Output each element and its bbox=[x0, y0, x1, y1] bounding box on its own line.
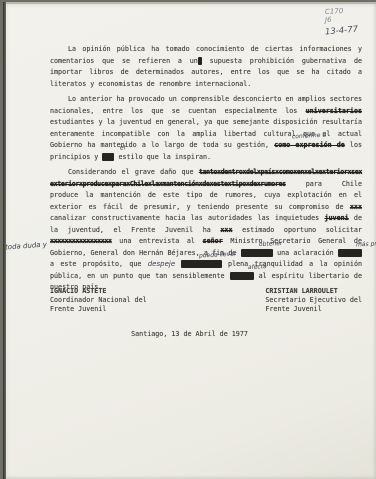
handwritten-afecta: afecta bbox=[229, 264, 266, 272]
p2-correction-conforme: conforme acomo expresión de bbox=[274, 141, 345, 149]
p2-text-4: estilo que la inspiran. bbox=[114, 153, 211, 161]
p3-struck-line-3: xxxxxxxxxxxxxxxxx bbox=[50, 237, 112, 245]
p3-correction-obtener: obtenerxxxxxxxx bbox=[241, 249, 273, 257]
p3-blackout-c: xxxxxxxxxx bbox=[181, 260, 221, 268]
handwritten-code-2: J6 bbox=[325, 14, 359, 24]
p3-blackout-d: xxxxxx bbox=[230, 272, 254, 280]
handwritten-el: el bbox=[102, 145, 126, 152]
paragraph-1: La opinión pública ha tomado conocimient… bbox=[50, 44, 362, 90]
p2-correction-el: eldel bbox=[102, 153, 114, 161]
p3-struck-line-1: tantoxdentroxdelxpaísxcomoxenxelxexterio… bbox=[199, 168, 362, 176]
signature-left: IGNACIO ASTETE Coordinador Nacional del … bbox=[50, 287, 147, 314]
paragraph-3: Considerando el grave daño que tantoxden… bbox=[50, 167, 362, 294]
handwritten-date-code: 13-4-77 bbox=[324, 26, 358, 38]
p2-struck-universitarios: universitarios bbox=[306, 107, 362, 115]
signatory-name-left: IGNACIO ASTETE bbox=[50, 287, 147, 296]
p3-blackout-a: xxxxxxxx bbox=[241, 249, 273, 257]
handwritten-margin-note: toda duda y bbox=[5, 241, 47, 252]
signatory-role-left-1: Coordinador Nacional del bbox=[50, 296, 147, 305]
scan-edge-top bbox=[3, 2, 376, 4]
p2-blackout-del: del bbox=[102, 153, 114, 161]
signatory-role-right-1: Secretario Ejecutivo del bbox=[265, 296, 362, 305]
p3-struck-line-2: exteriorxproducexparaxChilexlaxmantenció… bbox=[50, 180, 286, 188]
p3-text-3: canalizar constructivamente hacia las au… bbox=[50, 214, 324, 222]
letter-body: La opinión pública ha tomado conocimient… bbox=[50, 44, 362, 298]
p3-correction-pueda-llevar: pueda llevarxxxxxxxxxx bbox=[181, 260, 221, 268]
p3-text-1: Considerando el grave daño que bbox=[68, 168, 199, 176]
p3-correction-afecta: afectaxxxxxx bbox=[230, 272, 254, 280]
handwritten-despeje: despeje bbox=[148, 260, 175, 268]
p3-text-6: una entrevista al bbox=[112, 237, 203, 245]
scanned-typewritten-letter: { "annotations": { "code1": "C170", "cod… bbox=[0, 0, 376, 479]
p3-struck-juvenil: juveni bbox=[324, 214, 348, 222]
signature-block: IGNACIO ASTETE Coordinador Nacional del … bbox=[50, 287, 362, 314]
document-page: C170 J6 13-4-77 toda duda y La opinión p… bbox=[3, 2, 376, 479]
p2-struck-como-expresion: como expresión de bbox=[274, 141, 345, 149]
p3-correction-mas-precisa: más precisaxxxxxx bbox=[338, 249, 362, 257]
p3-text-8: una aclaración bbox=[273, 249, 338, 257]
paragraph-2: Lo anterior ha provocado un comprensible… bbox=[50, 94, 362, 163]
p3-text-5: estimado oportuno solicitar bbox=[233, 226, 363, 234]
scan-edge-left bbox=[3, 2, 6, 479]
p3-struck-x1: xxx bbox=[350, 203, 362, 211]
handwritten-corner-notes: C170 J6 13-4-77 bbox=[325, 7, 358, 36]
signature-right: CRISTIAN LARROULET Secretario Ejecutivo … bbox=[265, 287, 362, 314]
signatory-name-right: CRISTIAN LARROULET bbox=[265, 287, 362, 296]
signatory-role-right-2: Frente Juvenil bbox=[265, 305, 362, 314]
p3-struck-senor: señor bbox=[203, 237, 223, 245]
p3-text-9: a este propósito, que bbox=[50, 260, 148, 268]
place-date-line: Santiago, 13 de Abril de 1977 bbox=[3, 329, 376, 341]
signatory-role-left-2: Frente Juvenil bbox=[50, 305, 147, 314]
p3-blackout-b: xxxxxx bbox=[338, 249, 362, 257]
p3-struck-x2: xxx bbox=[220, 226, 232, 234]
